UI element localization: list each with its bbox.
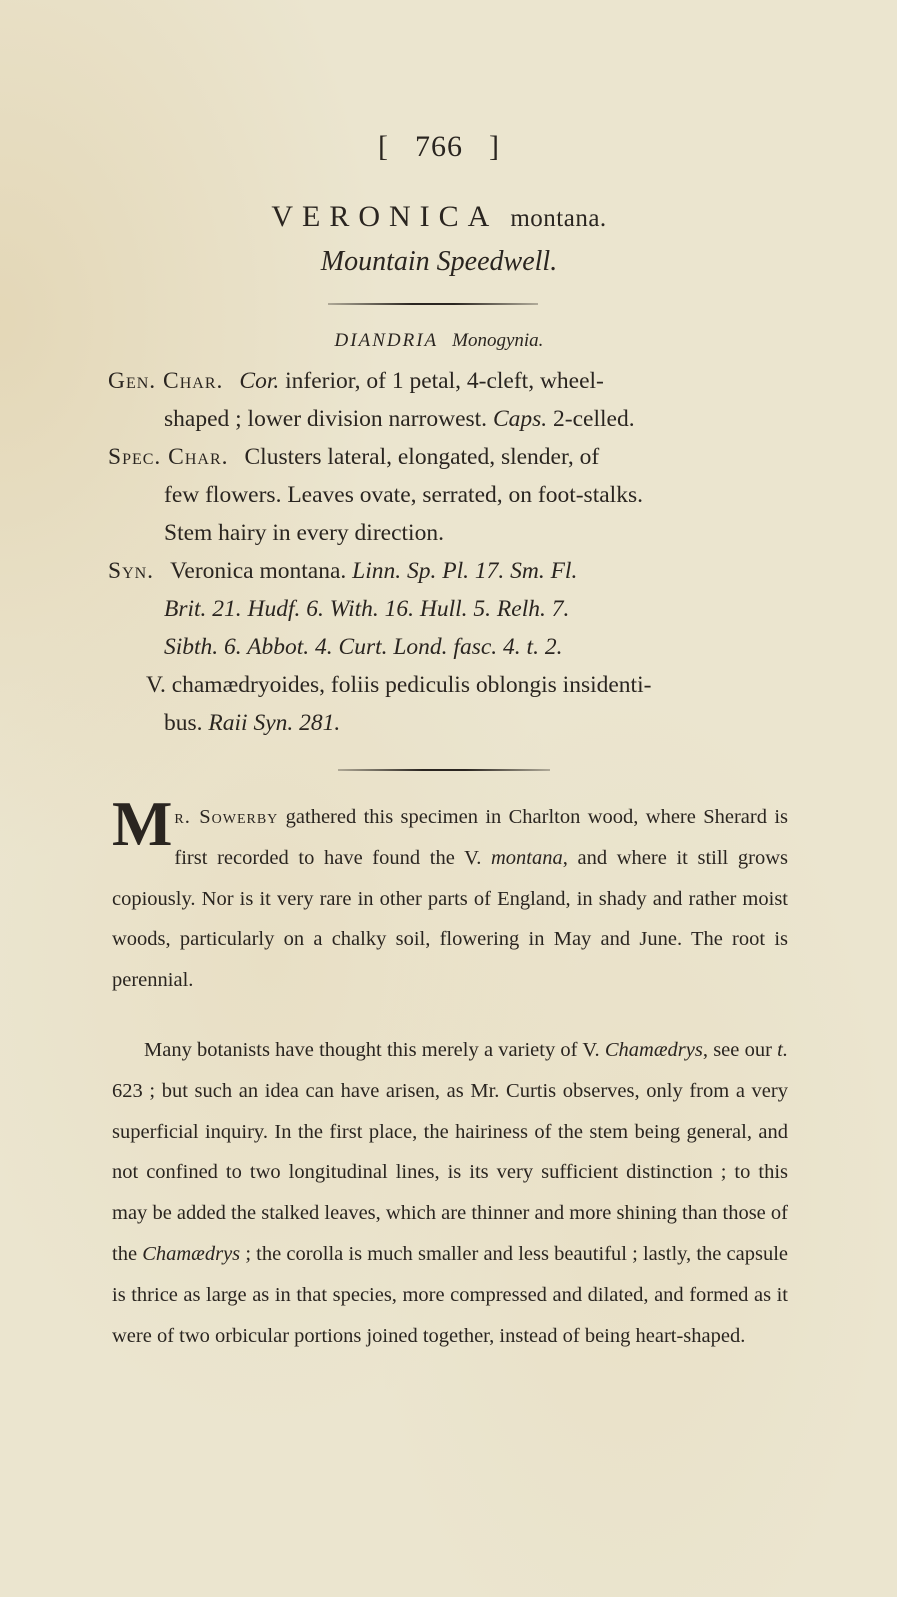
page-number-value: 766	[415, 130, 463, 163]
species-epithet: montana.	[510, 205, 606, 232]
spec-char-line-1: Clusters lateral, elongated, slender, of	[245, 444, 600, 470]
syn-label: Syn.	[108, 558, 154, 584]
divider-rule	[338, 769, 550, 771]
syn-alt-line-2-text: bus.	[164, 710, 208, 736]
syn-line-1-refs: Linn. Sp. Pl. 17. Sm. Fl.	[352, 558, 577, 584]
gen-char-text-1: inferior, of 1 petal, 4-cleft, wheel-	[279, 368, 604, 394]
page-number: [766]	[0, 130, 878, 164]
gen-char-text-2: 2-celled.	[547, 406, 634, 432]
author-name: r. Sowerby	[174, 806, 278, 828]
gen-char-label: Gen. Char.	[108, 368, 223, 394]
spec-char-line-2: few flowers. Leaves ovate, serrated, on …	[108, 476, 798, 514]
synonym-ray: V. chamædryoides, foliis pediculis oblon…	[108, 666, 798, 742]
linnaean-classification: DIANDRIAMonogynia.	[0, 330, 878, 352]
gen-char-italic-2: Caps.	[493, 406, 547, 432]
generic-character: Gen. Char.Cor. inferior, of 1 petal, 4-c…	[108, 362, 798, 438]
divider-rule	[328, 303, 538, 305]
book-page: [766] VERONICAmontana. Mountain Speedwel…	[0, 0, 897, 1597]
bracket-close: ]	[489, 130, 500, 163]
synonyms: Syn.Veronica montana. Linn. Sp. Pl. 17. …	[108, 552, 798, 666]
syn-alt-ref: Raii Syn. 281.	[208, 710, 340, 736]
bracket-open: [	[378, 130, 389, 163]
p2-italic-2: t.	[777, 1039, 788, 1061]
body-paragraph-2: Many botanists have thought this merely …	[112, 1030, 788, 1356]
p2-text-1: Many botanists have thought this merely …	[144, 1039, 605, 1061]
gen-char-line-2: shaped ; lower division narrowest. Caps.…	[108, 400, 798, 438]
syn-line-2: Brit. 21. Hudf. 6. With. 16. Hull. 5. Re…	[108, 590, 798, 628]
p2-italic-1: Chamædrys	[605, 1039, 703, 1061]
genus-name: VERONICA	[271, 200, 498, 233]
spec-char-label: Spec. Char.	[108, 444, 229, 470]
spec-char-line-3: Stem hairy in every direction.	[108, 514, 798, 552]
syn-line-1-text: Veronica montana.	[170, 558, 352, 584]
specific-character: Spec. Char.Clusters lateral, elongated, …	[108, 438, 798, 552]
syn-alt-line-1: V. chamædryoides, foliis pediculis oblon…	[108, 666, 798, 704]
syn-line-3: Sibth. 6. Abbot. 4. Curt. Lond. fasc. 4.…	[108, 628, 798, 666]
class-name: DIANDRIA	[335, 330, 439, 351]
syn-alt-line-2: bus. Raii Syn. 281.	[108, 704, 798, 742]
gen-char-italic-1: Cor.	[239, 368, 279, 394]
order-name: Monogynia.	[452, 330, 543, 351]
species-title: VERONICAmontana.	[0, 200, 878, 234]
gen-char-text-2a: shaped ; lower division narrowest.	[164, 406, 493, 432]
drop-cap: M	[112, 799, 172, 849]
p1-italic-1: montana	[491, 847, 563, 869]
p2-text-3: 623 ; but such an idea can have arisen, …	[112, 1080, 788, 1265]
p2-italic-3: Chamædrys	[142, 1243, 240, 1265]
body-paragraph-1: Mr. Sowerby gathered this specimen in Ch…	[112, 797, 788, 1001]
common-name: Mountain Speedwell.	[0, 246, 878, 278]
p2-text-2: , see our	[703, 1039, 777, 1061]
